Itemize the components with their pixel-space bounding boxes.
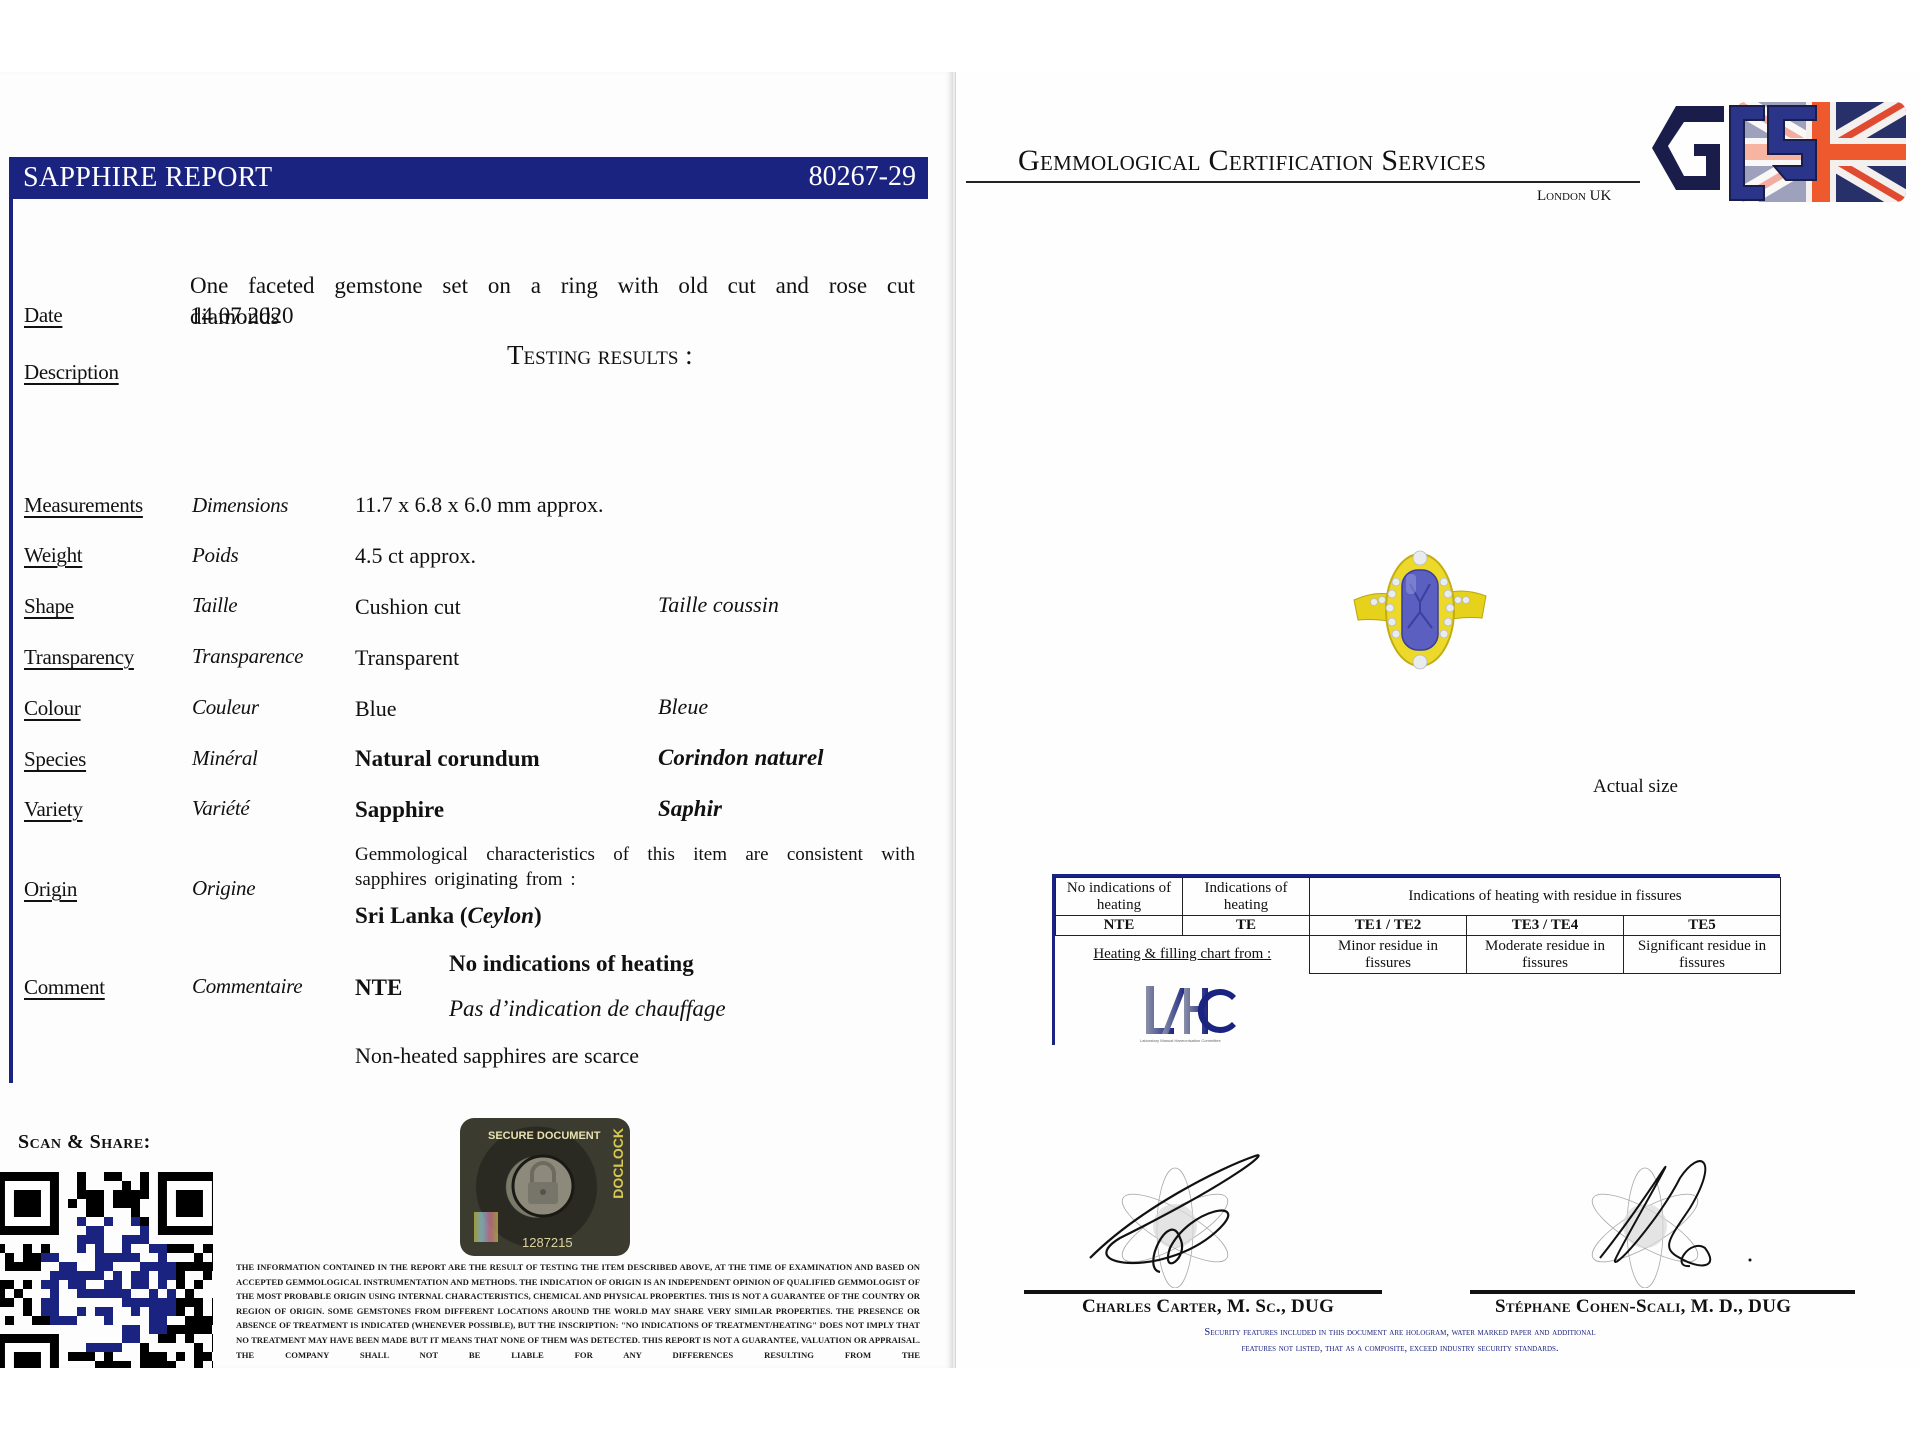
transparency-value: Transparent	[355, 645, 459, 671]
security-features-note: Security features included in this docum…	[1190, 1325, 1610, 1357]
signatory-2-name: Stéphane Cohen-Scali, M. D., DUG	[1495, 1296, 1791, 1318]
scan-share-label: Scan & Share:	[18, 1131, 151, 1154]
comment-code: NTE	[355, 975, 402, 1001]
colour-value-fr: Bleue	[658, 694, 708, 720]
comment-text: No indications of heating	[449, 951, 694, 977]
transparency-label: Transparency	[24, 645, 134, 670]
heat-code-te: TE	[1183, 916, 1310, 936]
comment-label: Comment	[24, 975, 105, 1000]
company-name: Gemmological Certification Services	[1018, 144, 1486, 178]
doclock-hologram: SECURE DOCUMENT DOCLOCK 1287215	[460, 1118, 630, 1256]
heat-header-residue: Indications of heating with residue in f…	[1310, 878, 1781, 916]
heat-residue-moderate: Moderate residue in fissures	[1467, 936, 1624, 974]
heat-source-label: Heating & filling chart from :	[1093, 946, 1271, 962]
colour-label-fr: Couleur	[192, 695, 259, 720]
signature-charles-carter	[1080, 1148, 1290, 1288]
colour-value: Blue	[355, 696, 397, 722]
signature-rule-2	[1470, 1290, 1855, 1294]
hologram-serial: 1287215	[522, 1235, 573, 1250]
weight-label-fr: Poids	[192, 543, 238, 568]
hologram-arc-text: SECURE DOCUMENT	[488, 1130, 600, 1142]
weight-value: 4.5 ct approx.	[355, 543, 476, 569]
padlock-icon	[510, 1148, 576, 1218]
heat-code-nte: NTE	[1056, 916, 1183, 936]
species-value: Natural corundum	[355, 746, 540, 772]
measurements-label-fr: Dimensions	[192, 493, 288, 518]
heat-header-nte: No indications of heating	[1056, 878, 1183, 916]
signature-stephane-cohen-scali	[1560, 1148, 1760, 1288]
heat-header-te: Indications of heating	[1183, 878, 1310, 916]
heating-chart-table: No indications of heating Indications of…	[1055, 877, 1781, 974]
date-label: Date	[24, 303, 62, 328]
shape-value: Cushion cut	[355, 594, 461, 620]
origin-country: Sri Lanka	[355, 903, 454, 928]
company-location: London UK	[1537, 188, 1611, 205]
origin-description: Gemmological characteristics of this ite…	[355, 842, 915, 892]
description-label: Description	[24, 360, 119, 385]
variety-label-fr: Variété	[192, 796, 249, 821]
comment-note: Non-heated sapphires are scarce	[355, 1043, 639, 1069]
sapphire-ring-photo	[1350, 540, 1490, 680]
species-label-fr: Minéral	[192, 746, 258, 771]
report-left-border	[9, 199, 13, 1083]
shape-label: Shape	[24, 594, 74, 619]
heat-code-te1-te2: TE1 / TE2	[1310, 916, 1467, 936]
variety-value-fr: Saphir	[658, 796, 722, 822]
species-label: Species	[24, 747, 86, 772]
report-number: 80267-29	[809, 161, 916, 193]
hologram-foil	[474, 1212, 498, 1242]
weight-label: Weight	[24, 543, 82, 568]
description-value: One faceted gemstone set on a ring with …	[190, 270, 915, 332]
signatory-1-name: Charles Carter, M. Sc., DUG	[1082, 1296, 1334, 1318]
report-title: SAPPHIRE REPORT	[23, 162, 272, 194]
lmhc-caption: Laboratory Manual Harmonisation Committe…	[1140, 1038, 1221, 1043]
origin-country-alt: Ceylon	[468, 903, 534, 928]
hologram-brand: DOCLOCK	[610, 1128, 626, 1199]
colour-label: Colour	[24, 696, 81, 721]
heat-residue-minor: Minor residue in fissures	[1310, 936, 1467, 974]
testing-results-heading: Testing results :	[507, 340, 693, 371]
comment-text-fr: Pas d’indication de chauffage	[449, 996, 726, 1022]
shape-value-fr: Taille coussin	[658, 592, 779, 618]
signature-rule-1	[1024, 1290, 1382, 1294]
qr-code[interactable]	[0, 1172, 213, 1368]
comment-label-fr: Commentaire	[192, 974, 302, 999]
heat-code-te3-te4: TE3 / TE4	[1467, 916, 1624, 936]
gcs-logo-icon	[1646, 100, 1906, 210]
variety-value: Sapphire	[355, 797, 444, 823]
origin-value: Sri Lanka (Ceylon)	[355, 903, 542, 929]
origin-label-fr: Origine	[192, 876, 255, 901]
heat-residue-significant: Significant residue in fissures	[1624, 936, 1781, 974]
measurements-label: Measurements	[24, 493, 143, 518]
document-spine	[952, 72, 956, 1368]
report-header-bar: SAPPHIRE REPORT 80267-29	[9, 157, 928, 199]
lmhc-logo-icon	[1140, 982, 1240, 1040]
heat-code-te5: TE5	[1624, 916, 1781, 936]
shape-label-fr: Taille	[192, 593, 237, 618]
species-value-fr: Corindon naturel	[658, 745, 824, 771]
origin-label: Origin	[24, 877, 77, 902]
company-header-rule	[966, 181, 1640, 183]
actual-size-caption: Actual size	[1593, 776, 1678, 798]
disclaimer-text: The information contained in the report …	[236, 1260, 920, 1362]
heat-source-cell: Heating & filling chart from :	[1056, 936, 1310, 974]
transparency-label-fr: Transparence	[192, 644, 303, 669]
variety-label: Variety	[24, 797, 83, 822]
measurements-value: 11.7 x 6.8 x 6.0 mm approx.	[355, 492, 604, 518]
